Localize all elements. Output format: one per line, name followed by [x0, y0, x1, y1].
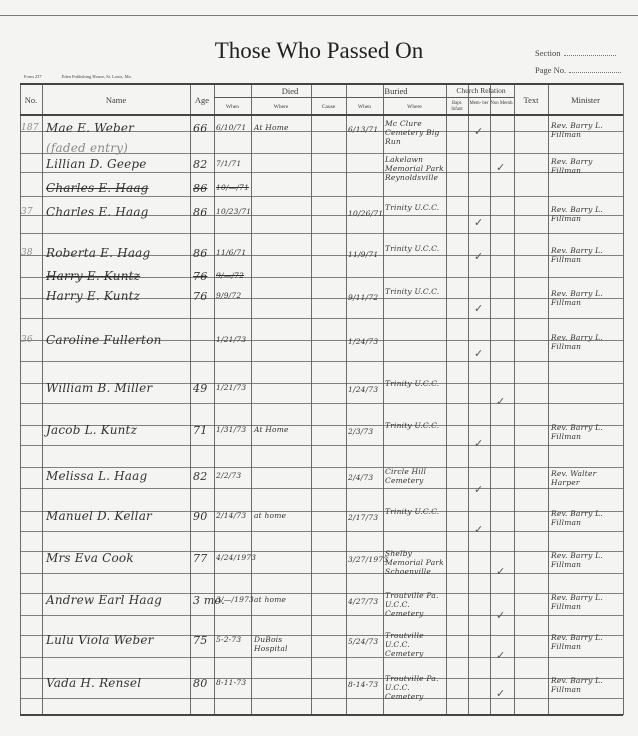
form-number: Form 237 [24, 74, 42, 79]
table-row: Harry E. Kuntz769/—/72 [20, 271, 623, 283]
column-rule [623, 83, 624, 715]
entry-minister: Rev. Barry L. Fillman [551, 551, 621, 569]
entry-buried-where: Shelby Memorial Park Schoenville [385, 549, 445, 576]
header-bottom-rule [20, 114, 623, 116]
entry-died-where: DuBois Hospital [254, 635, 310, 653]
entry-buried-when: 2/17/73 [348, 513, 382, 522]
page-edge-line [0, 15, 638, 16]
page-number-blank [569, 64, 621, 73]
entry-buried-where: Troutville Pa. U.C.C. Cemetery [385, 591, 445, 618]
entry-buried-where: Troutville Pa. U.C.C. Cemetery [385, 674, 445, 701]
entry-minister: Rev. Barry L. Fillman [551, 121, 621, 139]
entry-died-where: At Home [254, 425, 310, 434]
church-relation-check-icon: ✓ [474, 523, 483, 536]
church-relation-check-icon: ✓ [474, 250, 483, 263]
entry-died-when: 9/—/72 [216, 271, 244, 280]
entry-age: 86 [193, 182, 207, 195]
entry-minister: Rev. Barry L. Fillman [551, 246, 621, 264]
entry-died-when: 2/2/73 [216, 471, 241, 480]
header-top-rule [20, 83, 623, 85]
entry-buried-when: 10/26/71 [348, 209, 382, 218]
entry-died-when: 9/9/72 [216, 291, 241, 300]
entry-name: Charles E. Haag [46, 205, 149, 219]
col-age-header: Age [190, 95, 214, 105]
entry-buried-when: 3/27/1973 [348, 555, 382, 564]
entry-buried-when: 5/24/73 [348, 637, 382, 646]
entry-buried-when: 2/4/73 [348, 473, 382, 482]
church-relation-check-icon: ✓ [496, 395, 505, 408]
entry-age: 86 [193, 206, 207, 219]
entry-number: 36 [21, 335, 33, 345]
entry-buried-where: Mc Clure Cemetery Big Run [385, 119, 445, 146]
col-church-relation-header: Church Relation [446, 86, 516, 95]
entry-died-when: 1/21/73 [216, 383, 246, 392]
entry-buried-when: 4/27/73 [348, 597, 382, 606]
entry-died-where: at home [254, 511, 310, 520]
entry-age: 71 [193, 424, 207, 437]
col-minister-header: Minister [548, 95, 623, 105]
entry-died-where: At Home [254, 123, 310, 132]
col-died-when-header: When [214, 104, 251, 110]
entry-name: Charles E. Haag [46, 181, 149, 195]
col-buried-header: Buried [346, 86, 446, 96]
entry-age: 82 [193, 470, 207, 483]
entry-age: 82 [193, 158, 207, 171]
table-row: (faded entry) [20, 143, 623, 157]
table-row: William B. Miller491/21/731/24/73Trinity… [20, 383, 623, 419]
page-number-field: Page No. [535, 64, 621, 75]
entry-age: 86 [193, 247, 207, 260]
entry-minister: Rev. Barry L. Fillman [551, 289, 621, 307]
church-relation-check-icon: ✓ [474, 437, 483, 450]
entry-number: 38 [21, 248, 33, 258]
church-relation-check-icon: ✓ [496, 649, 505, 662]
entry-name: Jacob L. Kuntz [46, 423, 137, 437]
entry-buried-where: Trinity U.C.C. [385, 287, 445, 296]
entry-minister: Rev. Walter Harper [551, 469, 621, 487]
church-relation-check-icon: ✓ [496, 687, 505, 700]
entry-died-when: 1/21/73 [216, 335, 246, 344]
entry-minister: Rev. Barry L. Fillman [551, 633, 621, 651]
entry-age: 76 [193, 270, 207, 283]
table-row: Lulu Viola Weber755-2-73DuBois Hospital5… [20, 635, 623, 675]
entry-name: Melissa L. Haag [46, 469, 147, 483]
entry-died-when: 8-11-73 [216, 678, 246, 687]
entry-name: Vada H. Rensel [46, 676, 141, 690]
entry-age: 66 [193, 122, 207, 135]
entry-buried-when: 11/9/71 [348, 250, 382, 259]
entry-name: Manuel D. Kellar [46, 509, 152, 523]
table-row: Charles E. Haag8610/—/71 [20, 183, 623, 197]
entry-minister: Rev. Barry L. Fillman [551, 593, 621, 611]
entry-buried-when: 1/24/73 [348, 337, 382, 346]
table-row: 36Caroline Fullerton1/21/731/24/73Rev. B… [20, 335, 623, 371]
section-label: Section [535, 48, 561, 58]
entry-age: 77 [193, 552, 207, 565]
entry-buried-where: Trinity U.C.C. [385, 203, 445, 212]
ledger-page: Those Who Passed On Section Page No. For… [0, 0, 638, 736]
entry-buried-when: 2/3/73 [348, 427, 382, 436]
entry-died-when: 10/23/71 [216, 207, 251, 216]
entry-died-where: at home [254, 595, 310, 604]
entry-buried-where: Troutville U.C.C. Cemetery [385, 631, 445, 658]
publisher: Eden Publishing House, St. Louis, Mo. [62, 74, 132, 79]
entry-name: (faded entry) [46, 141, 128, 155]
entry-died-when: 4/24/1973 [216, 553, 256, 562]
entry-name: Harry E. Kuntz [46, 289, 140, 303]
entry-buried-when: 8-14-73 [348, 680, 382, 689]
entry-name: Mae E. Weber [46, 121, 134, 135]
col-died-where-header: Where [251, 104, 311, 110]
col-buried-when-header: When [346, 104, 383, 110]
entry-age: 80 [193, 677, 207, 690]
table-row: 187Mae E. Weber666/10/71At Home6/13/71Mc… [20, 123, 623, 137]
entry-minister: Rev. Barry Fillman [551, 157, 621, 175]
entry-minister: Rev. Barry L. Fillman [551, 423, 621, 441]
table-row: Vada H. Rensel808-11-738-14-73Troutville… [20, 678, 623, 708]
section-blank [564, 47, 616, 56]
entry-buried-where: Trinity U.C.C. [385, 421, 445, 430]
table-row: Manuel D. Kellar902/14/73at home2/17/73T… [20, 511, 623, 547]
col-buried-where-header: Where [383, 104, 446, 110]
table-bottom-rule [20, 714, 623, 716]
entry-name: Roberta E. Haag [46, 246, 150, 260]
entry-name: Caroline Fullerton [46, 333, 162, 347]
entry-number: 187 [21, 123, 39, 133]
entry-age: 76 [193, 290, 207, 303]
entry-buried-where: Lakelawn Memorial Park Reynoldsville [385, 155, 445, 182]
header-sub-rule [214, 97, 514, 98]
entry-age: 90 [193, 510, 207, 523]
entry-name: William B. Miller [46, 381, 152, 395]
table-row: Harry E. Kuntz769/9/729/11/72Trinity U.C… [20, 291, 623, 325]
col-died-cause-header: Cause [311, 104, 346, 110]
entry-died-when: 2/14/73 [216, 511, 246, 520]
table-row: Jacob L. Kuntz711/31/73At Home2/3/73Trin… [20, 425, 623, 461]
table-row: Lillian D. Geepe827/1/71Lakelawn Memoria… [20, 159, 623, 173]
entry-name: Lillian D. Geepe [46, 157, 147, 171]
entry-name: Mrs Eva Cook [46, 551, 134, 565]
row-rule [20, 467, 623, 468]
col-bapt-infant-header: Bapt. Infant [446, 101, 468, 113]
page-number-label: Page No. [535, 65, 566, 75]
col-died-header: Died [214, 86, 366, 96]
entry-died-when: 6/10/71 [216, 123, 246, 132]
entry-died-when: 10/—/71 [216, 183, 249, 192]
col-text-header: Text [514, 95, 548, 105]
church-relation-check-icon: ✓ [474, 125, 483, 138]
entry-died-when: 1/31/73 [216, 425, 246, 434]
church-relation-check-icon: ✓ [474, 483, 483, 496]
col-member-header: Mem- ber [468, 101, 490, 107]
form-imprint: Form 237Eden Publishing House, St. Louis… [24, 74, 152, 79]
col-name-header: Name [42, 95, 190, 105]
entry-died-when: 11/6/71 [216, 248, 246, 257]
entry-number: 37 [21, 207, 33, 217]
table-row: Andrew Earl Haag3 mo.3/—/1973at home4/27… [20, 595, 623, 635]
entry-minister: Rev. Barry L. Fillman [551, 333, 621, 351]
table-row: Mrs Eva Cook774/24/19733/27/1973Shelby M… [20, 553, 623, 589]
entry-name: Lulu Viola Weber [46, 633, 154, 647]
table-row: Melissa L. Haag822/2/732/4/73Circle Hill… [20, 471, 623, 507]
table-row: 37Charles E. Haag8610/23/7110/26/71Trini… [20, 207, 623, 237]
entry-buried-when: 1/24/73 [348, 385, 382, 394]
entry-buried-where: Trinity U.C.C. [385, 379, 445, 388]
entry-buried-where: Trinity U.C.C. [385, 244, 445, 253]
church-relation-check-icon: ✓ [474, 216, 483, 229]
church-relation-check-icon: ✓ [496, 609, 505, 622]
church-relation-check-icon: ✓ [496, 161, 505, 174]
col-non-member-header: Non Memb. [490, 101, 514, 107]
church-relation-check-icon: ✓ [474, 347, 483, 360]
entry-age: 49 [193, 382, 207, 395]
table-row: 38Roberta E. Haag8611/6/7111/9/71Trinity… [20, 248, 623, 262]
section-field: Section [535, 47, 616, 58]
entry-buried-where: Trinity U.C.C. [385, 507, 445, 516]
entry-name: Harry E. Kuntz [46, 269, 140, 283]
ledger-table: No. Name Age Died When Where Cause Burie… [20, 83, 623, 715]
entry-name: Andrew Earl Haag [46, 593, 162, 607]
entry-minister: Rev. Barry L. Fillman [551, 509, 621, 527]
entry-minister: Rev. Barry L. Fillman [551, 205, 621, 223]
entry-age: 75 [193, 634, 207, 647]
entry-minister: Rev. Barry L. Fillman [551, 676, 621, 694]
church-relation-check-icon: ✓ [474, 302, 483, 315]
entry-buried-where: Circle Hill Cemetery [385, 467, 445, 485]
entry-died-when: 3/—/1973 [216, 595, 254, 604]
church-relation-check-icon: ✓ [496, 565, 505, 578]
entry-died-when: 7/1/71 [216, 159, 241, 168]
entry-died-when: 5-2-73 [216, 635, 241, 644]
entry-buried-when: 6/13/71 [348, 125, 382, 134]
entry-buried-when: 9/11/72 [348, 293, 382, 302]
col-no-header: No. [20, 95, 42, 105]
